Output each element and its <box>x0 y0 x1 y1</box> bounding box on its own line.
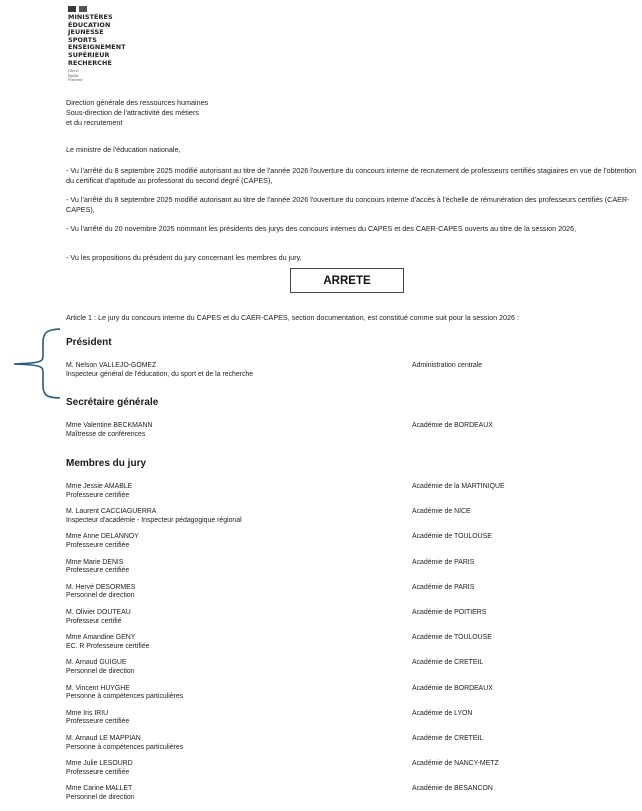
member-role: Personnel de direction <box>66 668 135 677</box>
member-affiliation: Académie de NANCY-METZ <box>412 760 499 769</box>
member-role: Professeure certifiée <box>66 769 133 778</box>
ministry-line: RECHERCHE <box>68 60 126 68</box>
curly-brace-annotation-icon <box>0 328 60 400</box>
president-heading: Président <box>66 337 112 348</box>
republic-motto: Liberté Égalité Fraternité <box>68 69 126 82</box>
secretary-heading: Secrétaire générale <box>66 397 158 408</box>
member-affiliation: Académie de TOULOUSE <box>412 533 492 542</box>
member-name: Mme Anne DELANNOY <box>66 533 139 542</box>
member-entry: M. Hervé DESORMESPersonnel de direction <box>66 584 135 601</box>
member-entry: Mme Amandine GENYEC. R Professeure certi… <box>66 634 150 651</box>
direction-line: et du recrutement <box>66 118 208 128</box>
member-role: Personne à compétences particulières <box>66 744 183 753</box>
members-heading: Membres du jury <box>66 458 146 469</box>
member-affiliation: Académie de BORDEAUX <box>412 685 493 694</box>
member-role: Professeure certifiée <box>66 718 129 727</box>
member-role: Personnel de direction <box>66 794 135 803</box>
marianne-flag-icon <box>68 6 126 12</box>
vu-paragraph: - Vu l'arrêté du 8 septembre 2025 modifi… <box>66 195 638 215</box>
member-name: M. Vincent HUYGHE <box>66 685 183 694</box>
member-name: Mme Valentine BECKMANN <box>66 422 152 431</box>
member-entry: Mme Carine MALLETPersonnel de direction <box>66 785 135 802</box>
ministry-name: MINISTÈRES ÉDUCATION JEUNESSE SPORTS ENS… <box>68 14 126 67</box>
member-affiliation: Académie de TOULOUSE <box>412 634 492 643</box>
direction-line: Sous-direction de l'attractivité des mét… <box>66 108 208 118</box>
president-entry: M. Nelson VALLEJO-GOMEZ Inspecteur génér… <box>66 362 253 379</box>
member-name: M. Arnaud GUIGUE <box>66 659 135 668</box>
member-role: Professeur certifié <box>66 618 131 627</box>
member-name: Mme Iris IRIU <box>66 710 129 719</box>
direction-block: Direction générale des ressources humain… <box>66 98 208 128</box>
member-entry: M. Olivier DOUTEAUProfesseur certifié <box>66 609 131 626</box>
member-role: EC. R Professeure certifiée <box>66 643 150 652</box>
member-affiliation: Académie de PARIS <box>412 559 474 568</box>
motto-line: Fraternité <box>68 78 126 82</box>
member-affiliation: Académie de POITIERS <box>412 609 486 618</box>
member-name: Mme Jessie AMABLE <box>66 483 132 492</box>
member-name: M. Nelson VALLEJO-GOMEZ <box>66 362 253 371</box>
arrete-title: ARRETE <box>290 268 404 293</box>
secretary-entry: Mme Valentine BECKMANN Maîtresse de conf… <box>66 422 152 439</box>
member-entry: Mme Anne DELANNOYProfesseure certifiée <box>66 533 139 550</box>
member-entry: Mme Jessie AMABLEProfesseure certifiée <box>66 483 132 500</box>
president-affiliation: Administration centrale <box>412 362 482 371</box>
member-entry: M. Vincent HUYGHEPersonne à compétences … <box>66 685 183 702</box>
member-role: Personne à compétences particulières <box>66 693 183 702</box>
member-affiliation: Académie de la MARTINIQUE <box>412 483 505 492</box>
vu-paragraph: - Vu l'arrêté du 20 novembre 2025 nomman… <box>66 224 638 234</box>
member-name: Mme Carine MALLET <box>66 785 135 794</box>
member-role: Professeure certifiée <box>66 567 129 576</box>
secretary-affiliation: Académie de BORDEAUX <box>412 422 493 431</box>
member-affiliation: Académie de BESANCON <box>412 785 493 794</box>
minister-line: Le ministre de l'éducation nationale, <box>66 145 638 155</box>
member-entry: M. Arnaud LE MAPPIANPersonne à compétenc… <box>66 735 183 752</box>
article-1: Article 1 : Le jury du concours interne … <box>66 313 638 323</box>
member-affiliation: Académie de CRETEIL <box>412 735 483 744</box>
member-name: M. Hervé DESORMES <box>66 584 135 593</box>
member-entry: M. Laurent CACCIAGUERRAInspecteur d'acad… <box>66 508 242 525</box>
member-role: Inspecteur d'académie - Inspecteur pédag… <box>66 517 242 526</box>
member-role: Personnel de direction <box>66 592 135 601</box>
member-name: Mme Amandine GENY <box>66 634 150 643</box>
member-affiliation: Académie de CRETEIL <box>412 659 483 668</box>
member-entry: Mme Marie DENISProfesseure certifiée <box>66 559 129 576</box>
member-affiliation: Académie de PARIS <box>412 584 474 593</box>
member-name: Mme Julie LESOURD <box>66 760 133 769</box>
member-role: Professeure certifiée <box>66 492 132 501</box>
direction-line: Direction générale des ressources humain… <box>66 98 208 108</box>
member-name: M. Olivier DOUTEAU <box>66 609 131 618</box>
member-role: Professeure certifiée <box>66 542 139 551</box>
ministry-logo: MINISTÈRES ÉDUCATION JEUNESSE SPORTS ENS… <box>68 6 126 82</box>
member-name: M. Arnaud LE MAPPIAN <box>66 735 183 744</box>
vu-paragraph: - Vu l'arrêté du 8 septembre 2025 modifi… <box>66 166 638 186</box>
member-affiliation: Académie de LYON <box>412 710 472 719</box>
member-name: M. Laurent CACCIAGUERRA <box>66 508 242 517</box>
member-entry: Mme Julie LESOURDProfesseure certifiée <box>66 760 133 777</box>
member-role: Inspecteur général de l'éducation, du sp… <box>66 371 253 380</box>
member-name: Mme Marie DENIS <box>66 559 129 568</box>
member-entry: M. Arnaud GUIGUEPersonnel de direction <box>66 659 135 676</box>
member-affiliation: Académie de NICE <box>412 508 471 517</box>
member-role: Maîtresse de conférences <box>66 431 152 440</box>
vu-paragraph: - Vu les propositions du président du ju… <box>66 253 638 263</box>
member-entry: Mme Iris IRIUProfesseure certifiée <box>66 710 129 727</box>
